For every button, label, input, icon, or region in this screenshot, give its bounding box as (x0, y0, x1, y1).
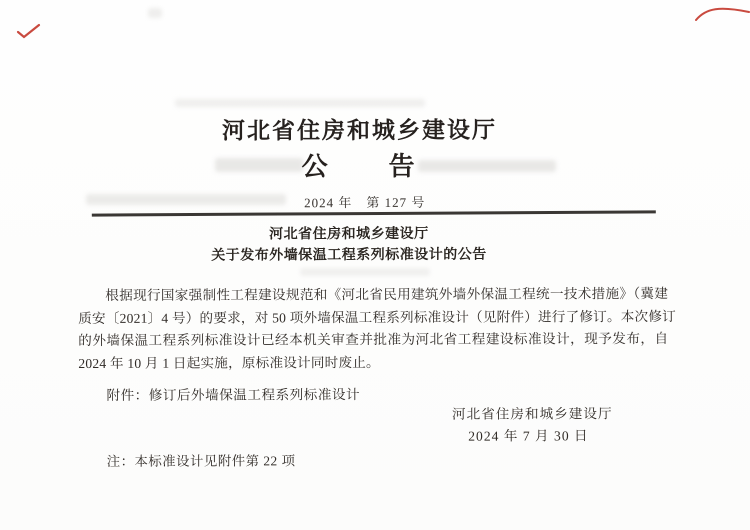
subject-line-1: 河北省住房和城乡建设厅 (54, 224, 644, 247)
attachment-line: 附件：修订后外墙保温工程系列标准设计 (106, 383, 360, 404)
announcement-document: 河北省住房和城乡建设厅 公 告 2024 年 第 127 号 河北省住房和城乡建… (77, 0, 669, 530)
body-line: 的外墙保温工程系列标准设计已经本机关审查并批准为河北省工程建设标准设计，现予发布… (78, 328, 668, 353)
signature-date: 2024 年 7 月 30 日 (468, 424, 588, 444)
body-line: 根据现行国家强制性工程建设规范和《河北省民用建筑外墙外保温工程统一技术措施》（冀… (78, 283, 668, 308)
subject-line-2: 关于发布外墙保温工程系列标准设计的公告 (54, 245, 644, 268)
signature-agency: 河北省住房和城乡建设厅 (452, 402, 613, 423)
red-pen-mark-icon (16, 22, 42, 40)
document-type-title: 公 告 (65, 145, 655, 184)
body-line: 2024 年 10 月 1 日起实施，原标准设计同时废止。 (78, 351, 668, 376)
announcement-subject: 河北省住房和城乡建设厅 关于发布外墙保温工程系列标准设计的公告 (54, 224, 644, 267)
issuing-agency-title: 河北省住房和城乡建设厅 (64, 111, 654, 146)
body-paragraph: 根据现行国家强制性工程建设规范和《河北省民用建筑外墙外保温工程统一技术措施》（冀… (78, 283, 668, 375)
issue-number: 2024 年 第 127 号 (70, 191, 660, 212)
red-pen-mark-icon (694, 4, 750, 26)
body-line: 质安〔2021〕4 号）的要求，对 50 项外墙保温工程系列标准设计（见附件）进… (78, 306, 668, 331)
footnote: 注：本标准设计见附件第 22 项 (107, 450, 296, 470)
